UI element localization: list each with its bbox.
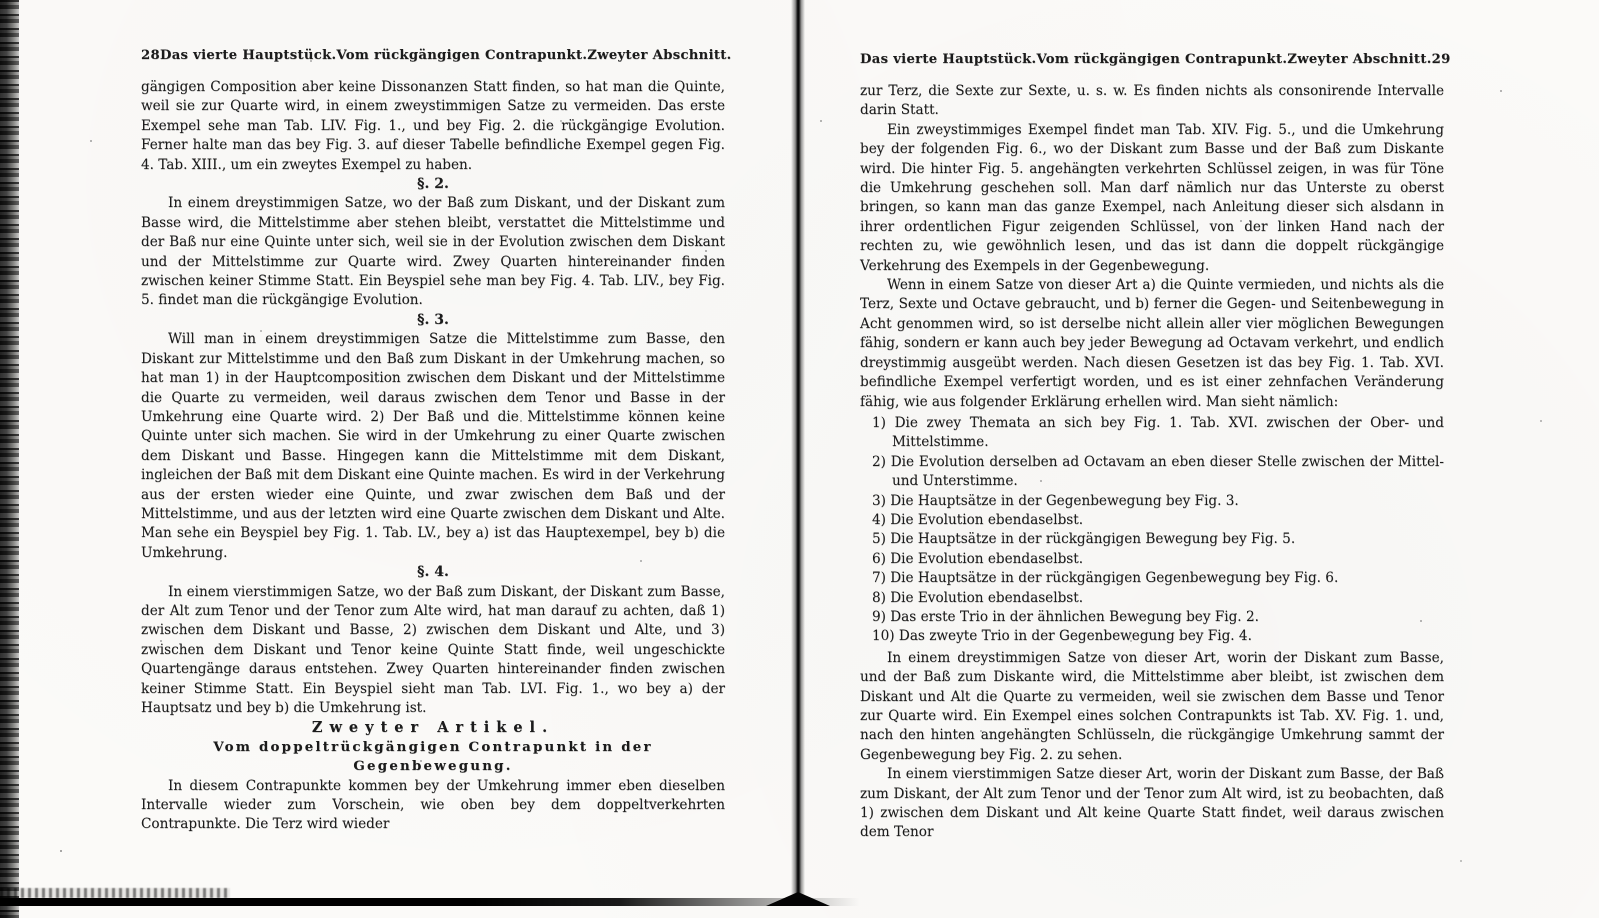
paragraph-continuation: gängigen Composition aber keine Dissonan… bbox=[141, 78, 725, 175]
left-page-number: 28 bbox=[141, 48, 160, 63]
right-head-part-3: Zweyter Abschnitt. bbox=[1287, 52, 1431, 67]
list-item: 10) Das zweyte Trio in der Gegenbewegung… bbox=[860, 627, 1444, 646]
left-head-part-1: Das vierte Hauptstück. bbox=[160, 48, 336, 63]
scan-gutter-fold bbox=[791, 0, 805, 906]
section-heading-4: §. 4. bbox=[141, 563, 725, 582]
list-item: 5) Die Hauptsätze in der rückgängigen Be… bbox=[860, 530, 1444, 549]
list-item: 6) Die Evolution ebendaselbst. bbox=[860, 550, 1444, 569]
article-heading: Zweyter Artikel. bbox=[141, 718, 725, 737]
list-item: 9) Das erste Trio in der ähnlichen Beweg… bbox=[860, 608, 1444, 627]
right-head-part-2: Vom rückgängigen Contrapunkt. bbox=[1036, 52, 1287, 67]
left-page: 28 Das vierte Hauptstück. Vom rückgängig… bbox=[141, 48, 725, 835]
paragraph: In einem dreystimmigen Satze von dieser … bbox=[860, 649, 1444, 765]
section-heading-2: §. 2. bbox=[141, 175, 725, 194]
list-item: 4) Die Evolution ebendaselbst. bbox=[860, 511, 1444, 530]
right-head-part-1: Das vierte Hauptstück. bbox=[860, 52, 1036, 67]
paragraph: In einem vierstimmigen Satze dieser Art,… bbox=[860, 765, 1444, 843]
section-4-body: In einem vierstimmigen Satze, wo der Baß… bbox=[141, 583, 725, 719]
list-item: 2) Die Evolution derselben ad Octavam an… bbox=[860, 453, 1444, 492]
section-heading-3: §. 3. bbox=[141, 311, 725, 330]
scan-edge-left bbox=[0, 0, 19, 918]
list-item: 7) Die Hauptsätze in der rückgängigen Ge… bbox=[860, 569, 1444, 588]
list-item: 1) Die zwey Themata an sich bey Fig. 1. … bbox=[860, 414, 1444, 453]
paragraph-continuation: zur Terz, die Sexte zur Sexte, u. s. w. … bbox=[860, 82, 1444, 121]
scan-bottom-bar bbox=[0, 898, 860, 906]
left-running-head: 28 Das vierte Hauptstück. Vom rückgängig… bbox=[141, 48, 725, 63]
left-head-part-2: Vom rückgängigen Contrapunkt. bbox=[336, 48, 587, 63]
right-running-head: Das vierte Hauptstück. Vom rückgängigen … bbox=[860, 52, 1444, 67]
scan-bottom-smudge bbox=[0, 888, 230, 898]
list-item: 8) Die Evolution ebendaselbst. bbox=[860, 589, 1444, 608]
section-3-body: Will man in einem dreystimmigen Satze di… bbox=[141, 330, 725, 563]
right-page-text: zur Terz, die Sexte zur Sexte, u. s. w. … bbox=[860, 82, 1444, 843]
paragraph: Wenn in einem Satze von dieser Art a) di… bbox=[860, 276, 1444, 412]
left-page-text: gängigen Composition aber keine Dissonan… bbox=[141, 78, 725, 835]
left-head-part-3: Zweyter Abschnitt. bbox=[587, 48, 731, 63]
explanation-list: 1) Die zwey Themata an sich bey Fig. 1. … bbox=[860, 414, 1444, 647]
paragraph: Ein zweystimmiges Exempel findet man Tab… bbox=[860, 121, 1444, 276]
right-page-number: 29 bbox=[1432, 52, 1451, 67]
article-intro: In diesem Contrapunkte kommen bey der Um… bbox=[141, 777, 725, 835]
scanned-book-spread: 28 Das vierte Hauptstück. Vom rückgängig… bbox=[0, 0, 1599, 918]
section-2-body: In einem dreystimmigen Satze, wo der Baß… bbox=[141, 194, 725, 310]
list-item: 3) Die Hauptsätze in der Gegenbewegung b… bbox=[860, 492, 1444, 511]
article-subheading: Vom doppeltrückgängigen Contrapunkt in d… bbox=[141, 738, 725, 777]
right-page: Das vierte Hauptstück. Vom rückgängigen … bbox=[860, 52, 1444, 843]
